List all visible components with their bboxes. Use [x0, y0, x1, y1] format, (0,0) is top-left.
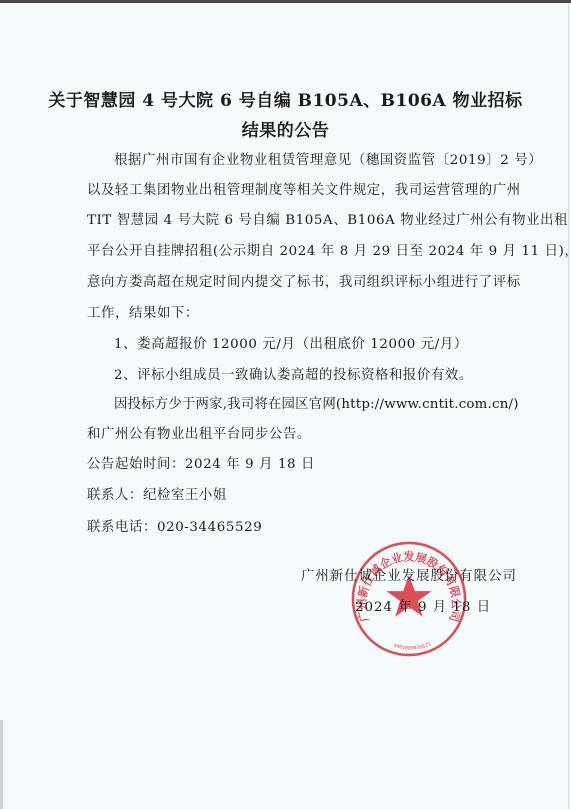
body-line-2: 以及轻工集团物业出租管理制度等相关文件规定，我司运营管理的广州: [87, 179, 497, 198]
publish-line-2: 和广州公有物业出租平台同步公告。: [87, 423, 311, 442]
contact-person: 联系人：纪检室王小姐: [87, 484, 227, 503]
body-line-1: 根据广州市国有企业物业租赁管理意见（穗国资监管〔2019〕2 号）: [114, 149, 497, 168]
document-title-line-1: 关于智慧园 4 号大院 6 号自编 B105A、B106A 物业招标: [0, 86, 571, 111]
page-edge: [0, 720, 3, 809]
publish-line-1: 因投标方少于两家,我司将在园区官网(http://www.cntit.com.c…: [114, 393, 519, 412]
contact-phone: 联系电话：020-34465529: [87, 516, 262, 535]
body-line-6: 工作，结果如下：: [87, 302, 199, 321]
result-item-1: 1、娄高超报价 12000 元/月（出租底价 12000 元/月）: [114, 333, 468, 352]
signature-date: 2024 年 9 月 18 日: [355, 596, 491, 615]
body-line-5: 意向方娄高超在规定时间内提交了标书，我司组织评标小组进行了评标: [87, 271, 497, 290]
svg-text:4401000035625: 4401000035625: [393, 642, 432, 652]
announce-start-date: 公告起始时间：2024 年 9 月 18 日: [87, 453, 315, 472]
body-line-4: 平台公开自挂牌招租(公示期自 2024 年 8 月 29 日至 2024 年 9…: [87, 240, 497, 259]
document-title-line-2: 结果的公告: [0, 116, 571, 141]
signature-company: 广州新仕诚企业发展股份有限公司: [301, 565, 517, 584]
body-line-3: TIT 智慧园 4 号大院 6 号自编 B105A、B106A 物业经过广州公有…: [87, 209, 497, 228]
result-item-2: 2、评标小组成员一致确认娄高超的投标资格和报价有效。: [114, 364, 473, 383]
